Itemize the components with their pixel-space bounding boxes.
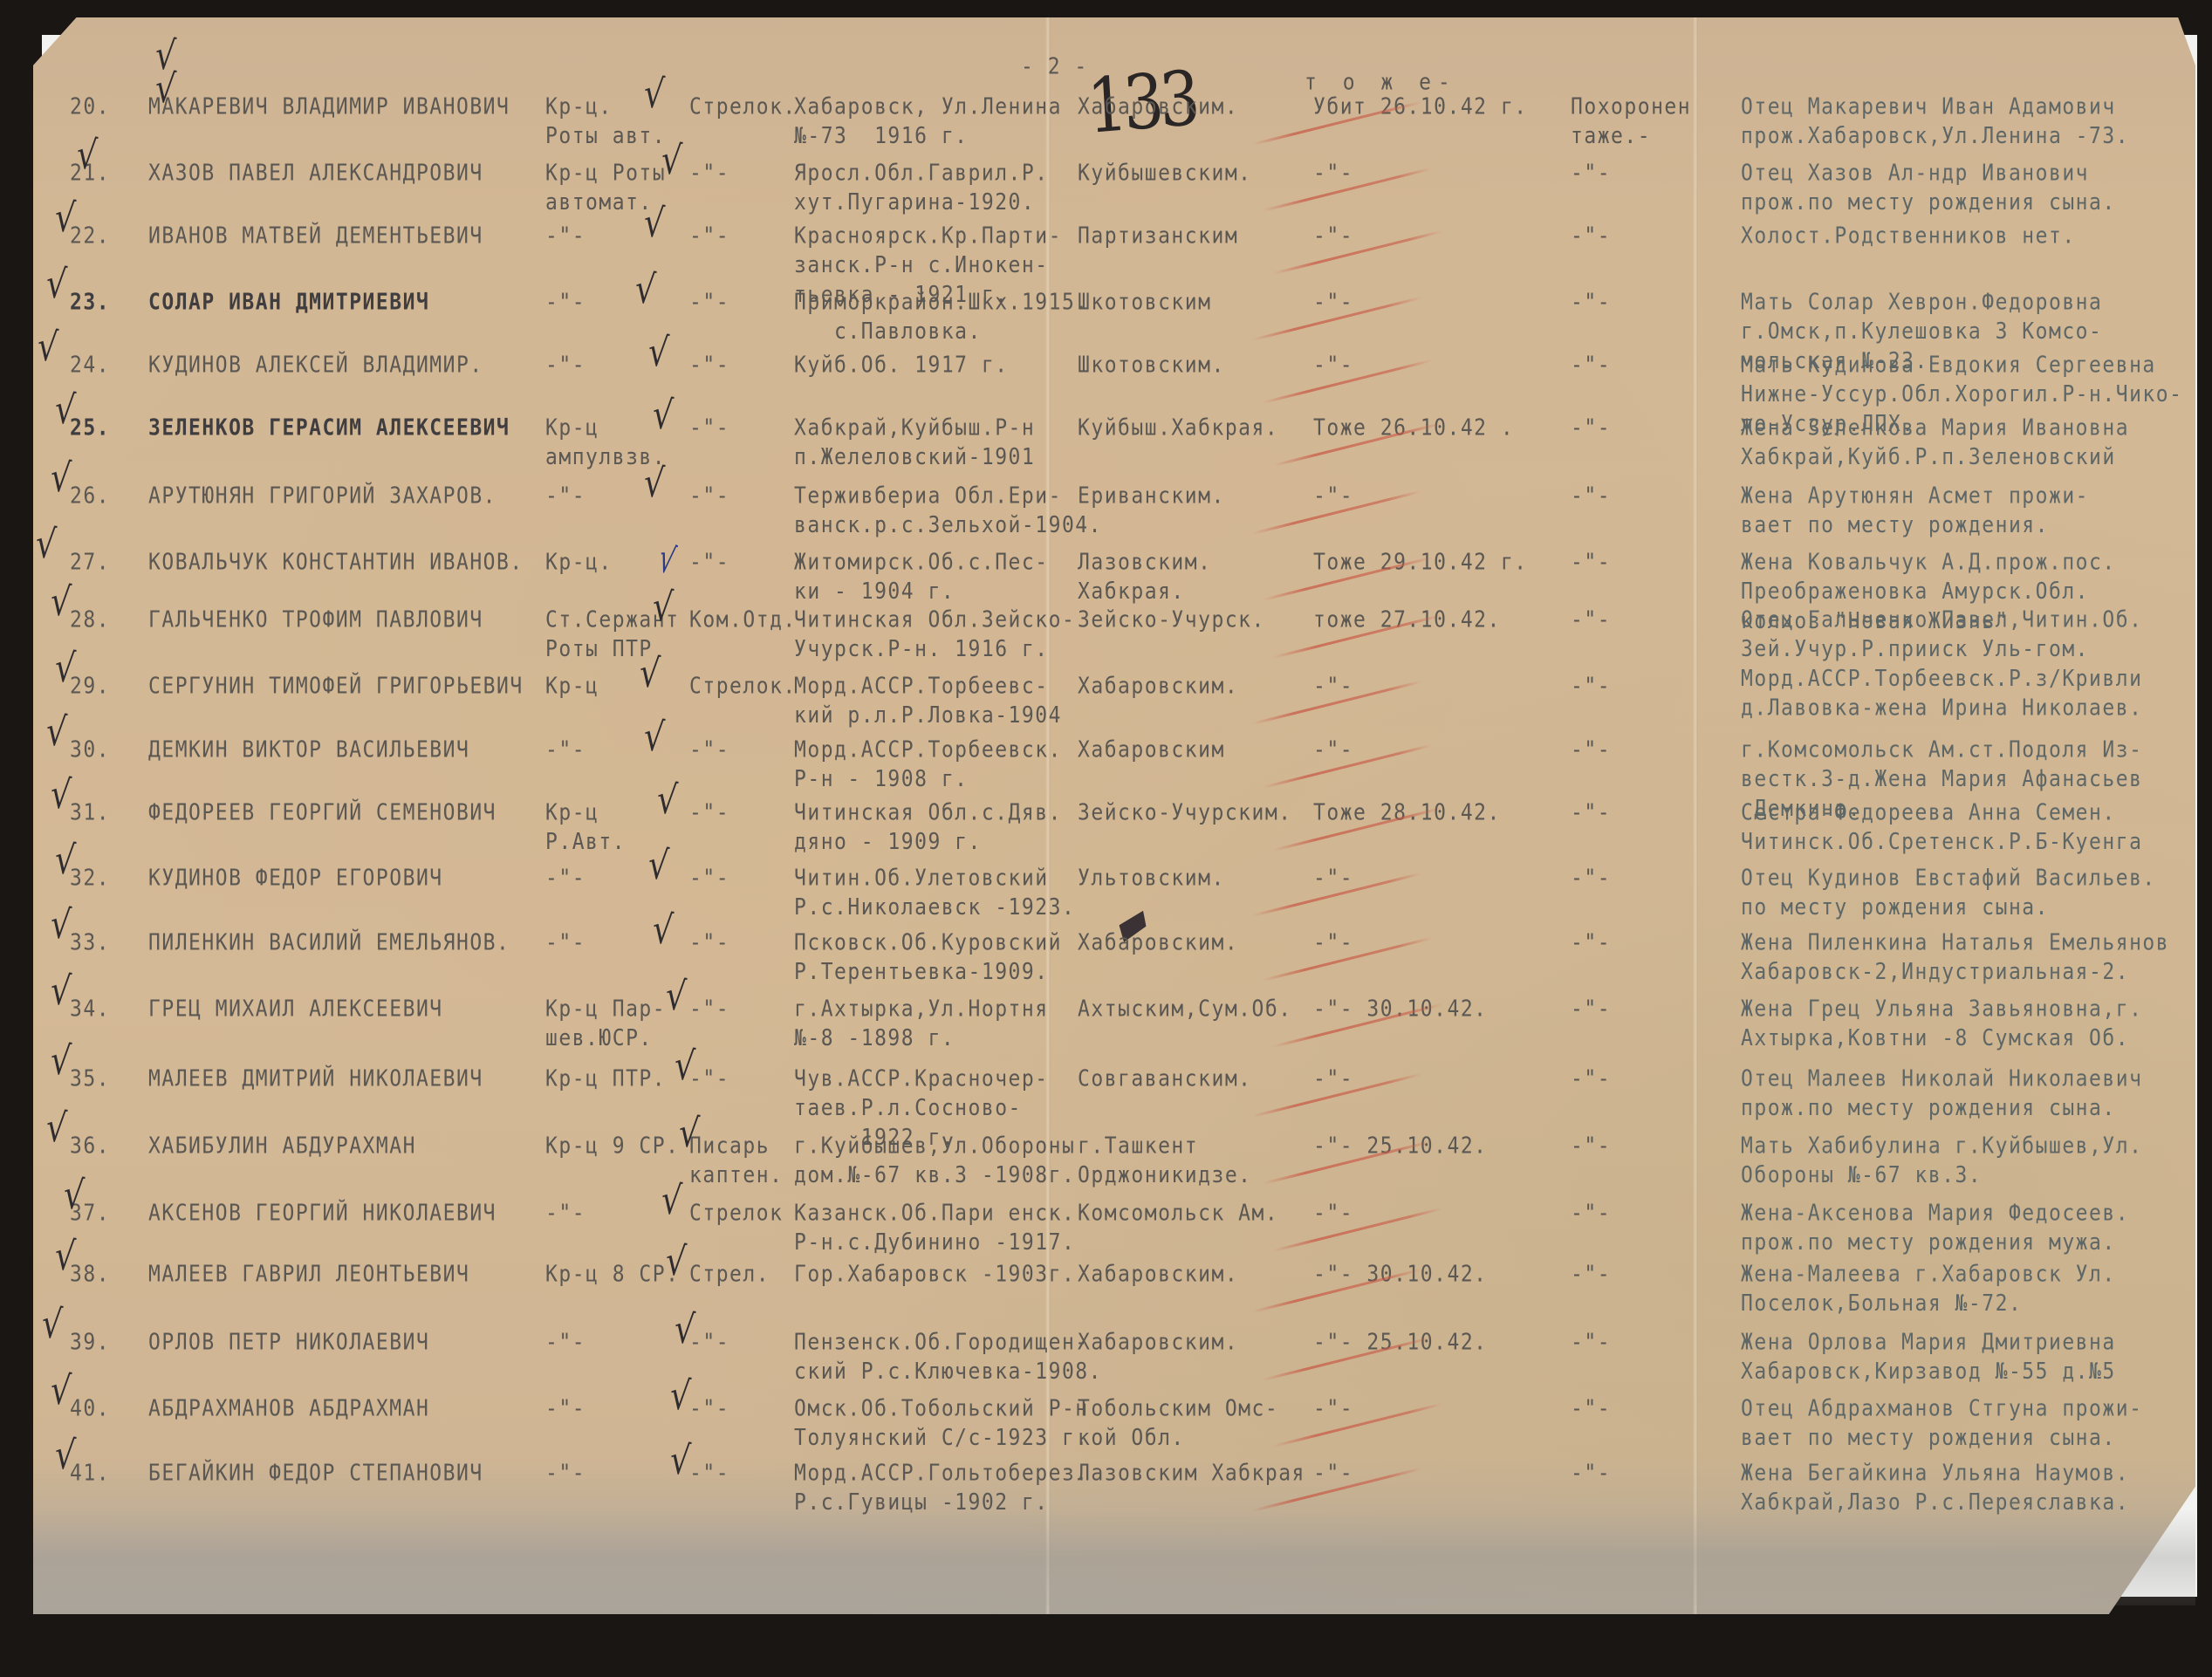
rank-unit: -"- [545,928,586,958]
draft-office: г.Ташкент Орджоникидзе. [1078,1132,1252,1190]
check-mark-icon: √ [647,331,670,373]
check-mark-icon: √ [661,1179,683,1221]
rank-unit: Кр-ц 9 СР. [545,1132,679,1161]
row-number: 30. [70,736,110,765]
date-of-death: -"- [1313,736,1353,765]
birthplace: Приморкрайон.Шкх.1915. с.Павловка. [794,288,1089,346]
soldier-name: КОВАЛЬЧУК КОНСТАНТИН ИВАНОВ. [148,548,524,578]
draft-office: Хабаровским. [1078,92,1238,122]
next-of-kin: Отец Кудинов Евстафий Васильев. по месту… [1741,864,2156,922]
rank-unit: -"- [545,1328,586,1358]
draft-office: Комсомольск Ам. [1078,1199,1278,1229]
check-mark-icon: √ [54,196,77,238]
soldier-name: ГРЕЦ МИХАИЛ АЛЕКСЕЕВИЧ [148,995,443,1024]
draft-office: Шкотовским [1078,288,1211,318]
check-mark-icon: √ [647,844,670,886]
position: Писарь каптен. [689,1132,783,1190]
soldier-name: ФЕДОРЕЕВ ГЕОРГИЙ СЕМЕНОВИЧ [148,798,497,828]
position: Стрелок. [689,672,797,702]
rank-unit: -"- [545,288,586,318]
soldier-name: ХАБИБУЛИН АБДУРАХМАН [148,1132,416,1161]
draft-office: Зейско-Учурск. [1078,606,1265,635]
birthplace: г.Ахтырка,Ул.Нортня №-8 -1898 г. [794,995,1049,1053]
burial-place: -"- [1571,1394,1611,1424]
draft-office: Зейско-Учурским. [1078,798,1292,828]
position: -"- [689,351,729,380]
date-of-death: -"- [1313,159,1353,188]
soldier-name: АКСЕНОВ ГЕОРГИЙ НИКОЛАЕВИЧ [148,1199,497,1229]
draft-office: Хабаровским. [1078,1328,1238,1358]
date-of-death: -"- [1313,351,1353,380]
check-mark-icon: √ [45,263,68,305]
row-number: 40. [70,1394,110,1424]
position: -"- [689,414,729,443]
draft-office: Куйбышевским. [1078,159,1252,188]
row-number: 26. [70,482,110,511]
check-mark-icon: √ [643,715,666,757]
shadow-band [33,1509,2195,1605]
check-mark-icon: √ [54,388,77,430]
rank-unit: -"- [545,864,586,893]
date-of-death: -"- 25.10.42. [1313,1132,1488,1161]
check-mark-icon: √ [54,1434,77,1475]
check-mark-icon: √ [50,456,72,498]
date-of-death: Тоже 29.10.42 г. [1313,548,1528,578]
position: -"- [689,736,729,765]
burial-place: -"- [1571,1328,1611,1358]
date-of-death: -"- 30.10.42. [1313,995,1488,1024]
check-mark-icon: √ [634,268,657,310]
rank-unit: Кр-ц Пар- шев.ЮСР. [545,995,666,1053]
rank-unit: -"- [545,1459,586,1489]
birthplace: Яросл.Обл.Гаврил.Р. хут.Пугарина-1920. [794,159,1049,217]
check-mark-icon: √ [652,908,675,950]
next-of-kin: Отец Макаревич Иван Адамович прож.Хабаро… [1741,92,2129,151]
draft-office: Хабаровским [1078,736,1225,765]
draft-office: Лазовским. Хабкрая. [1078,548,1211,606]
rank-unit: -"- [545,736,586,765]
check-mark-icon: √ [63,1174,86,1215]
birthplace: Морд.АССР.Торбеевск. Р-н - 1908 г. [794,736,1062,794]
burial-place: -"- [1571,736,1611,765]
draft-office: Хабаровским. [1078,928,1238,958]
position: Стрел. [689,1260,770,1290]
check-mark-icon: √ [652,585,675,627]
burial-place: -"- [1571,222,1611,251]
burial-place: -"- [1571,351,1611,380]
position: -"- [689,995,729,1024]
position: -"- [689,928,729,958]
check-mark-icon: √ [674,1044,696,1086]
header-dash: - 2 - [1021,52,1088,82]
rank-unit: Кр-ц Р.Авт. [545,798,626,857]
burial-place: -"- [1571,864,1611,893]
check-mark-icon: √ [643,462,666,503]
row-number: 22. [70,222,110,251]
position: -"- [689,864,729,893]
soldier-name: ПИЛЕНКИН ВАСИЛИЙ ЕМЕЛЬЯНОВ. [148,928,510,958]
next-of-kin: Отец Абдрахманов Стгуна прожи- вает по м… [1741,1394,2142,1453]
date-of-death: -"- [1313,672,1353,702]
date-of-death: Убит 26.10.42 г. [1313,92,1528,122]
draft-office: Совгаванским. [1078,1064,1252,1094]
soldier-name: АБДРАХМАНОВ АБДРАХМАН [148,1394,429,1424]
rank-unit: -"- [545,482,586,511]
date-of-death: -"- [1313,1459,1353,1489]
check-mark-icon: √ [643,72,666,114]
birthplace: Читинская Обл.Зейско- Учурск.Р-н. 1916 г… [794,606,1075,664]
birthplace: Морд.АССР.Гольтоберез. Р.с.Гувицы -1902 … [794,1459,1089,1517]
check-mark-icon: √ [50,580,72,622]
birthplace: Казанск.Об.Пари енск. Р-н.с.Дубинино -19… [794,1199,1075,1257]
row-number: 36. [70,1132,110,1161]
birthplace: Житомирск.Об.с.Пес- ки - 1904 г. [794,548,1049,606]
next-of-kin: Жена Зеленкова Мария Ивановна Хабкрай,Ку… [1741,414,2129,472]
check-mark-icon: √ [54,1235,77,1277]
birthplace: Морд.АССР.Торбеевс- кий р.л.Р.Ловка-1904 [794,672,1062,730]
check-mark-icon: √ [50,1369,72,1411]
date-of-death: -"- [1313,482,1353,511]
burial-place: -"- [1571,159,1611,188]
check-mark-icon: √ [656,778,679,820]
check-mark-icon: √ [50,969,72,1011]
burial-place: -"- [1571,672,1611,702]
rank-unit: Кр-ц [545,672,599,702]
next-of-kin: Отец Гальченко Павел,Читин.Об. Зей.Учур.… [1741,606,2142,722]
next-of-kin: Отец Хазов Ал-ндр Иванович прож.по месту… [1741,159,2116,217]
row-number: 29. [70,672,110,702]
burial-place: -"- [1571,482,1611,511]
burial-place: -"- [1571,1459,1611,1489]
position: -"- [689,548,729,578]
date-of-death: -"- 25.10.42. [1313,1328,1488,1358]
soldier-name: ГАЛЬЧЕНКО ТРОФИМ ПАВЛОВИЧ [148,606,483,635]
burial-place: -"- [1571,548,1611,578]
position: Стрелок [689,1199,783,1229]
next-of-kin: Жена Орлова Мария Дмитриевна Хабаровск,К… [1741,1328,2116,1386]
rank-unit: Кр-ц 8 СР. [545,1260,679,1290]
soldier-name: МАЛЕЕВ ГАВРИЛ ЛЕОНТЬЕВИЧ [148,1260,469,1290]
birthplace: Терживбериа Обл.Ери- ванск.р.с.Зельхой-1… [794,482,1102,540]
date-of-death: -"- [1313,1394,1353,1424]
row-number: 39. [70,1328,110,1358]
next-of-kin: Жена Грец Ульяна Завьяновна,г. Ахтырка,К… [1741,995,2142,1053]
burial-place: -"- [1571,1260,1611,1290]
soldier-name: ДЕМКИН ВИКТОР ВАСИЛЬЕВИЧ [148,736,469,765]
date-of-death: -"- [1313,928,1353,958]
position: Стрелок. [689,92,797,122]
soldier-name: ИВАНОВ МАТВЕЙ ДЕМЕНТЬЕВИЧ [148,222,483,251]
soldier-name: ХАЗОВ ПАВЕЛ АЛЕКСАНДРОВИЧ [148,159,483,188]
burial-place: -"- [1571,995,1611,1024]
check-mark-icon: √ [45,1106,68,1148]
row-number: 41. [70,1459,110,1489]
row-number: 23. [70,288,110,318]
next-of-kin: Сестра-Федореева Анна Семен. Читинск.Об.… [1741,798,2142,857]
row-number: 27. [70,548,110,578]
birthplace: Читинская Обл.с.Дяв. дяно - 1909 г. [794,798,1062,857]
check-mark-icon: √ [669,1439,692,1481]
check-mark-icon: √ [54,647,77,688]
draft-office: Ериванским. [1078,482,1225,511]
row-number: 35. [70,1064,110,1094]
position: -"- [689,798,729,828]
check-mark-icon: √ [50,1039,72,1081]
draft-office: Куйбыш.Хабкрая. [1078,414,1278,443]
check-mark-icon: √ [652,394,675,435]
draft-office: Лазовским Хабкрая [1078,1459,1305,1489]
date-of-death: -"- [1313,288,1353,318]
check-mark-icon: √ [37,325,59,367]
birthplace: Псковск.Об.Куровский Р.Терентьевка-1909. [794,928,1062,987]
birthplace: Хабкрай,Куйбыш.Р-н п.Желеловский-1901 [794,414,1035,472]
next-of-kin: Отец Малеев Николай Николаевич прож.по м… [1741,1064,2142,1123]
next-of-kin: Жена-Аксенова Мария Федосеев. прож.по ме… [1741,1199,2129,1257]
soldier-name: МАЛЕЕВ ДМИТРИЙ НИКОЛАЕВИЧ [148,1064,483,1094]
check-mark-icon: √ [50,903,72,945]
burial-place: -"- [1571,798,1611,828]
next-of-kin: Жена Арутюнян Асмет прожи- вает по месту… [1741,482,2089,540]
row-number: 25. [70,414,110,443]
check-mark-icon: √ [665,1240,688,1282]
row-number: 24. [70,351,110,380]
rank-unit: -"- [545,351,586,380]
row-number: 28. [70,606,110,635]
row-number: 34. [70,995,110,1024]
row-number: 20. [70,92,110,122]
check-mark-icon: √ [35,523,58,565]
burial-place: -"- [1571,1132,1611,1161]
position: -"- [689,482,729,511]
row-number: 32. [70,864,110,893]
soldier-name: СОЛАР ИВАН ДМИТРИЕВИЧ [148,288,429,318]
check-mark-icon: √ [669,1374,692,1416]
fold-crease [1693,17,1698,1614]
check-mark-icon: √ [665,975,688,1016]
row-number: 31. [70,798,110,828]
check-mark-icon: √ [41,1303,64,1345]
date-of-death: -"- [1313,222,1353,251]
date-of-death: -"- [1313,864,1353,893]
check-mark-icon: √ [674,1308,696,1350]
soldier-name: БЕГАЙКИН ФЕДОР СТЕПАНОВИЧ [148,1459,483,1489]
burial-place: -"- [1571,606,1611,635]
soldier-name: МАКАРЕВИЧ ВЛАДИМИР ИВАНОВИЧ [148,92,510,122]
birthplace: Гор.Хабаровск -1903г. [794,1260,1075,1290]
check-mark-icon: √ [50,773,72,815]
rank-unit: -"- [545,222,586,251]
birthplace: Читин.Об.Улетовский Р.с.Николаевск -1923… [794,864,1075,922]
next-of-kin: Жена Бегайкина Ульяна Наумов. Хабкрай,Ла… [1741,1459,2129,1517]
rank-unit: -"- [545,1394,586,1424]
position: Ком.Отд. [689,606,797,635]
check-mark-icon: √ [661,139,683,181]
rank-unit: -"- [545,1199,586,1229]
soldier-name: КУДИНОВ АЛЕКСЕЙ ВЛАДИМИР. [148,351,483,380]
draft-office: Ультовским. [1078,864,1225,893]
birthplace: г.Куйбышев,Ул.Обороны дом.№-67 кв.3 -190… [794,1132,1075,1190]
date-of-death: Тоже 28.10.42. [1313,798,1501,828]
row-number: 33. [70,928,110,958]
next-of-kin: Жена-Малеева г.Хабаровск Ул. Поселок,Бол… [1741,1260,2116,1318]
check-mark-icon: √ [54,838,77,880]
draft-office: Хабаровским. [1078,1260,1238,1290]
burial-place: -"- [1571,928,1611,958]
burial-place: -"- [1571,414,1611,443]
burial-place: -"- [1571,1064,1611,1094]
soldier-name: ОРЛОВ ПЕТР НИКОЛАЕВИЧ [148,1328,429,1358]
rank-unit: Кр-ц. [545,548,613,578]
soldier-name: АРУТЮНЯН ГРИГОРИЙ ЗАХАРОВ. [148,482,497,511]
position: -"- [689,222,729,251]
check-mark-icon: √ [45,710,68,752]
soldier-name: СЕРГУНИН ТИМОФЕЙ ГРИГОРЬЕВИЧ [148,672,524,702]
next-of-kin: Жена Пиленкина Наталья Емельянов Хабаров… [1741,928,2169,987]
position: -"- [689,1394,729,1424]
position: -"- [689,1459,729,1489]
next-of-kin: Мать Хабибулина г.Куйбышев,Ул. Обороны №… [1741,1132,2142,1190]
position: -"- [689,159,729,188]
draft-office: Шкотовским. [1078,351,1225,380]
check-mark-icon: √ [154,34,177,76]
row-number: 38. [70,1260,110,1290]
date-of-death: -"- [1313,1199,1353,1229]
burial-place: -"- [1571,288,1611,318]
birthplace: Хабаровск, Ул.Ленина №-73 1916 г. [794,92,1062,151]
check-mark-icon: √ [76,133,99,175]
burial-place: Похоронен таже.- [1571,92,1691,151]
rank-unit: Кр-ц ПТР. [545,1064,666,1094]
check-mark-icon: √ [639,652,661,694]
date-of-death: -"- [1313,1064,1353,1094]
burial-place: -"- [1571,1199,1611,1229]
date-of-death: тоже 27.10.42. [1313,606,1501,635]
draft-office: Хабаровским. [1078,672,1238,702]
position: -"- [689,1328,729,1358]
draft-office: Тобольским Омс- кой Обл. [1078,1394,1278,1453]
birthplace: Омск.Об.Тобольский Р-н Толуянский С/с-19… [794,1394,1089,1453]
position: -"- [689,288,729,318]
draft-office: Партизанским [1078,222,1238,251]
soldier-name: ЗЕЛЕНКОВ ГЕРАСИМ АЛЕКСЕЕВИЧ [148,414,510,443]
soldier-name: КУДИНОВ ФЕДОР ЕГОРОВИЧ [148,864,443,893]
draft-office: Ахтыским,Сум.Об. [1078,995,1292,1024]
check-mark-icon: √ [678,1112,701,1153]
birthplace: Куйб.Об. 1917 г. [794,351,1009,380]
position: -"- [689,1064,729,1094]
next-of-kin: Холост.Родственников нет. [1741,222,2076,251]
check-mark-icon: √ [643,202,666,243]
birthplace: Пензенск.Об.Городищен- ский Р.с.Ключевка… [794,1328,1102,1386]
